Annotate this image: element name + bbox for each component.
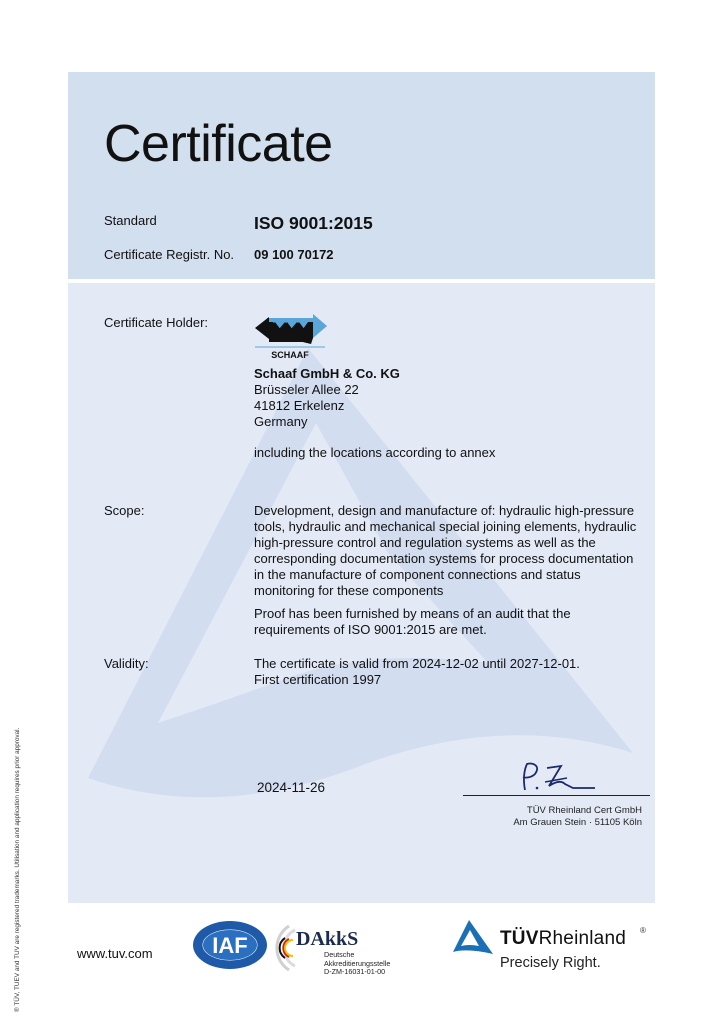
standard-value: ISO 9001:2015 [254, 213, 373, 234]
signature-line [463, 795, 650, 796]
issuer-address: Am Grauen Stein · 51105 Köln [513, 817, 642, 830]
signature [515, 760, 595, 795]
holder-address-country: Germany [254, 414, 307, 430]
first-certification: First certification 1997 [254, 672, 381, 688]
scope-label: Scope: [104, 503, 144, 519]
scope-line: monitoring for these components [254, 583, 443, 599]
svg-text:SCHAAF: SCHAAF [271, 350, 309, 360]
trademark-notice: ® TÜV, TUEV and TUV are registered trade… [14, 728, 21, 1012]
iaf-logo: IAF [192, 920, 268, 970]
page-title: Certificate [104, 118, 333, 170]
holder-address-city: 41812 Erkelenz [254, 398, 344, 414]
validity-label: Validity: [104, 656, 149, 672]
schaaf-logo: SCHAAF [253, 314, 327, 362]
holder-label: Certificate Holder: [104, 315, 208, 331]
scope-line: in the manufacture of component connecti… [254, 567, 581, 583]
issuer-name: TÜV Rheinland Cert GmbH [527, 805, 642, 818]
holder-note: including the locations according to ann… [254, 445, 495, 461]
registr-label: Certificate Registr. No. [104, 247, 234, 263]
holder-address-street: Brüsseler Allee 22 [254, 382, 359, 398]
tuv-triangle-logo [451, 918, 495, 956]
scope-line: Development, design and manufacture of: … [254, 503, 634, 519]
validity-period: The certificate is valid from 2024-12-02… [254, 656, 580, 672]
tuv-brand: TÜVRheinland [500, 928, 626, 950]
scope-line: high-pressure control and regulation sys… [254, 535, 596, 551]
website-link[interactable]: www.tuv.com [77, 946, 153, 961]
tuv-tagline: Precisely Right. [500, 955, 601, 971]
scope-line: corresponding documentation systems for … [254, 551, 633, 567]
proof-line: Proof has been furnished by means of an … [254, 606, 571, 622]
standard-label: Standard [104, 213, 157, 229]
svg-text:IAF: IAF [212, 933, 247, 958]
proof-line: requirements of ISO 9001:2015 are met. [254, 622, 487, 638]
dakks-wordmark: DAkkS [296, 928, 358, 951]
issue-date: 2024-11-26 [257, 780, 325, 796]
tuv-registered-mark: ® [640, 926, 646, 935]
dakks-caption: Deutsche Akkreditierungsstelle D-ZM-1603… [324, 951, 390, 977]
registr-value: 09 100 70172 [254, 247, 334, 262]
holder-company: Schaaf GmbH & Co. KG [254, 366, 400, 381]
scope-line: tools, hydraulic and mechanical special … [254, 519, 636, 535]
